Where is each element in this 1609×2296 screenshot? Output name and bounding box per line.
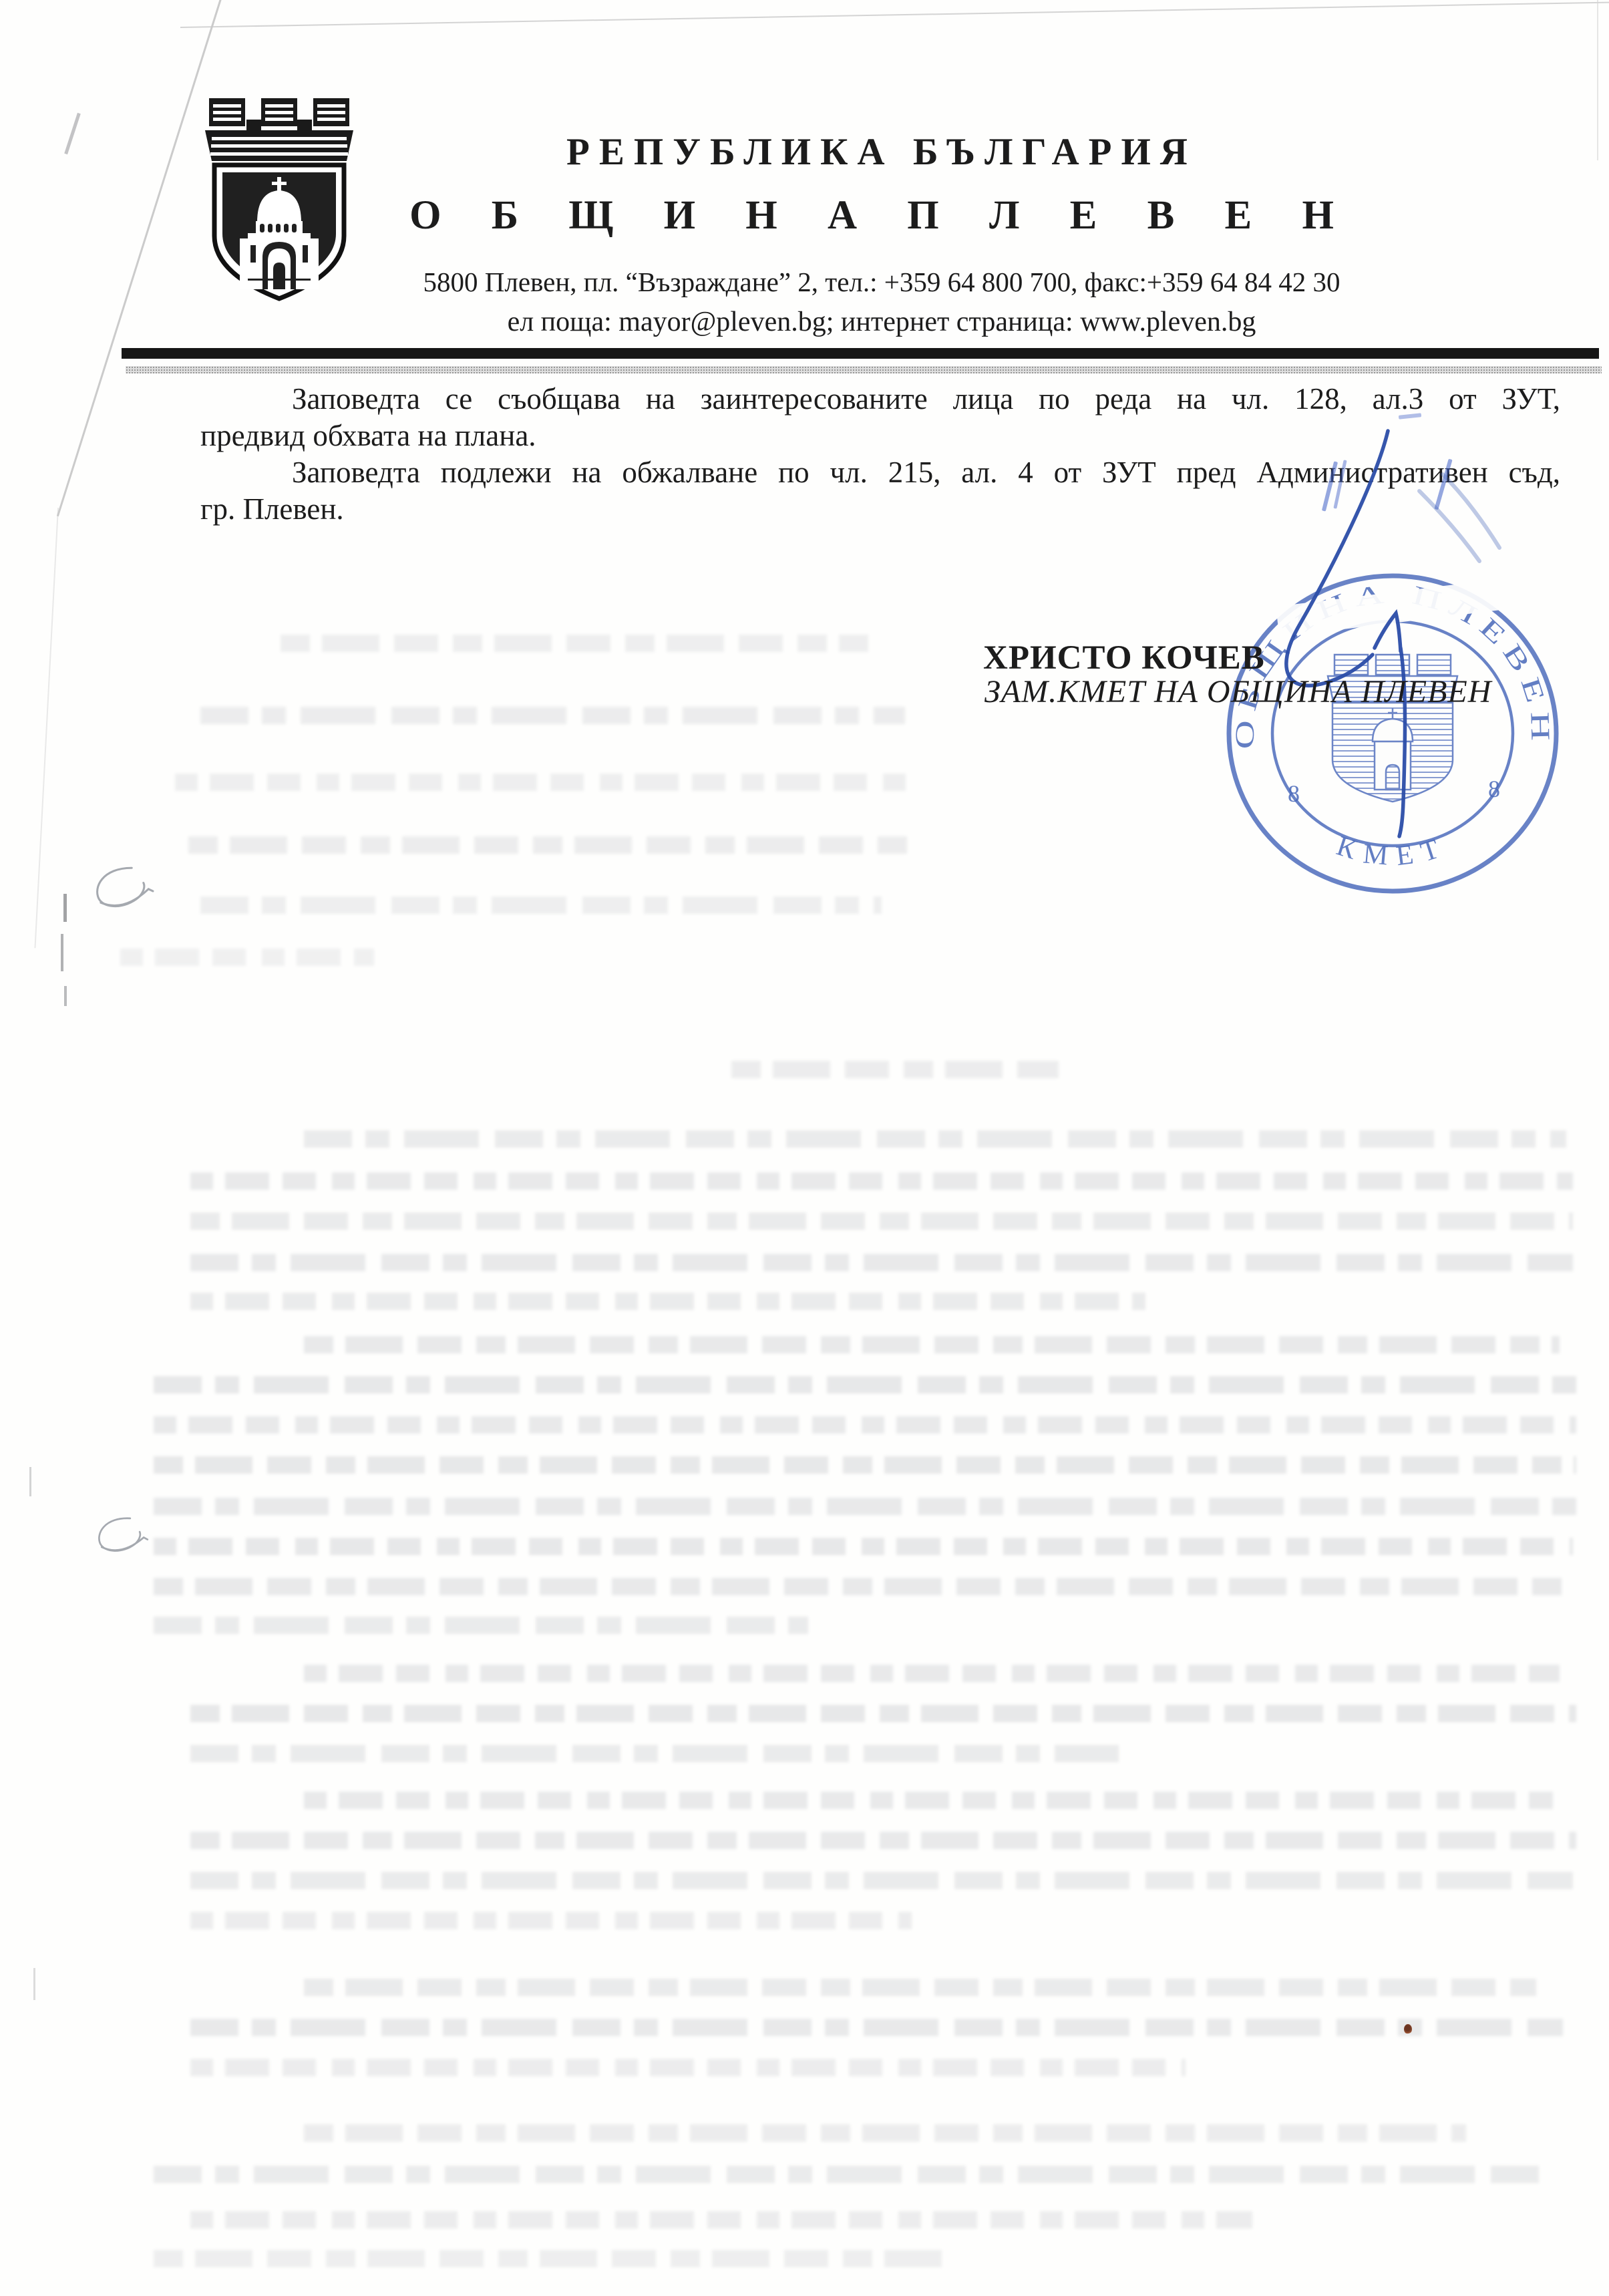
pen-curl-mark: [89, 859, 157, 918]
scanned-letter-page: РЕПУБЛИКА БЪЛГАРИЯ О Б Щ И Н А П Л Е В Е…: [0, 0, 1609, 2296]
scan-edge-dash: [64, 986, 67, 1006]
scan-edge-dash: [63, 894, 67, 922]
pen-curl-mark: [93, 1512, 150, 1561]
signatory-name: ХРИСТО КОЧЕВ: [983, 639, 1265, 677]
scan-edge-dash: [61, 934, 63, 971]
stamp-bottom-text: КМЕТ: [1333, 830, 1453, 872]
stamp-right-number: 8: [1488, 776, 1500, 802]
stamp-left-number: 8: [1288, 780, 1300, 807]
scan-edge-dash: [64, 113, 81, 154]
scan-artifact-layer: [0, 0, 1609, 2296]
scan-edge-dash: [33, 1968, 35, 2000]
scan-edge-dash: [29, 1467, 31, 1496]
signatory-title: ЗАМ.КМЕТ НА ОБЩИНА ПЛЕВЕН: [985, 673, 1491, 710]
red-speck: [1404, 2024, 1412, 2034]
blue-ink-mark: [1399, 413, 1421, 420]
